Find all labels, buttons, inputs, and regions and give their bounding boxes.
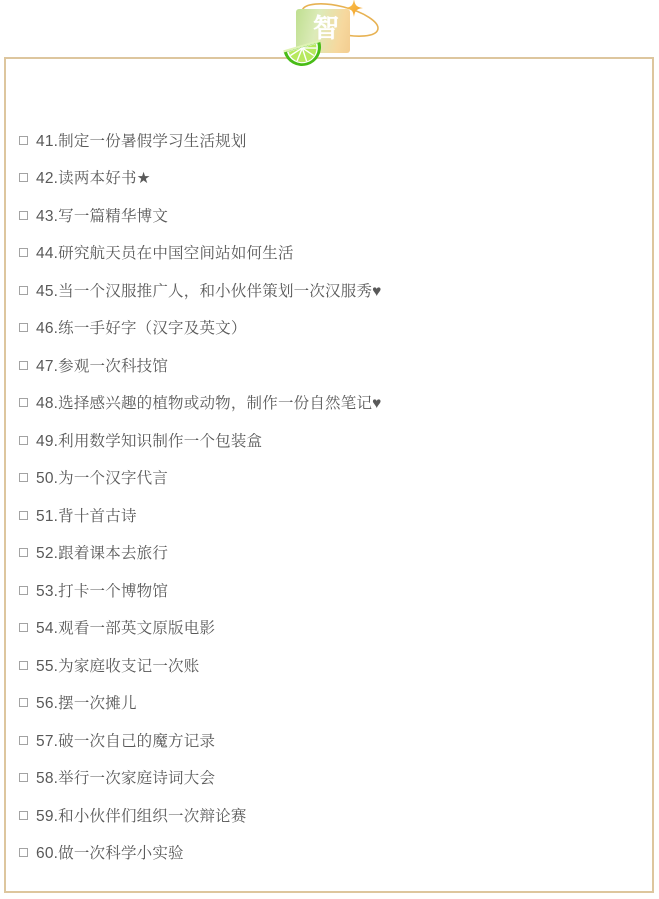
item-checkbox[interactable] [19,511,28,520]
item-checkbox[interactable] [19,661,28,670]
list-item: 41.制定一份暑假学习生活规划 [19,121,644,159]
item-label: 50.为一个汉字代言 [36,466,168,488]
list-item: 59.和小伙伴们组织一次辩论赛 [19,796,644,834]
item-checkbox[interactable] [19,361,28,370]
item-label: 51.背十首古诗 [36,504,137,526]
item-label: 44.研究航天员在中国空间站如何生活 [36,241,294,263]
badge-character: 智 [313,15,339,41]
list-item: 58.举行一次家庭诗词大会 [19,759,644,797]
item-label: 46.练一手好字（汉字及英文） [36,316,247,338]
item-checkbox[interactable] [19,173,28,182]
list-item: 46.练一手好字（汉字及英文） [19,309,644,347]
item-label: 59.和小伙伴们组织一次辩论赛 [36,804,247,826]
item-label: 52.跟着课本去旅行 [36,541,168,563]
list-item: 54.观看一部英文原版电影 [19,609,644,647]
item-label: 55.为家庭收支记一次账 [36,654,199,676]
page: 智 41.制定一份 [0,0,659,899]
list-item: 56.摆一次摊儿 [19,684,644,722]
item-checkbox[interactable] [19,548,28,557]
item-checkbox[interactable] [19,211,28,220]
item-checkbox[interactable] [19,248,28,257]
badge: 智 [296,9,350,53]
item-label: 43.写一篇精华博文 [36,204,168,226]
item-label: 54.观看一部英文原版电影 [36,616,215,638]
item-checkbox[interactable] [19,323,28,332]
list-item: 44.研究航天员在中国空间站如何生活 [19,234,644,272]
checklist: 41.制定一份暑假学习生活规划 42.读两本好书★ 43.写一篇精华博文 44.… [19,121,644,871]
list-item: 49.利用数学知识制作一个包装盒 [19,421,644,459]
item-label: 53.打卡一个博物馆 [36,579,168,601]
item-label: 56.摆一次摊儿 [36,691,137,713]
checklist-panel: 41.制定一份暑假学习生活规划 42.读两本好书★ 43.写一篇精华博文 44.… [4,57,654,893]
list-item: 51.背十首古诗 [19,496,644,534]
list-item: 43.写一篇精华博文 [19,196,644,234]
item-checkbox[interactable] [19,848,28,857]
item-checkbox[interactable] [19,773,28,782]
item-label: 57.破一次自己的魔方记录 [36,729,215,751]
list-item: 45.当一个汉服推广人，和小伙伴策划一次汉服秀♥ [19,271,644,309]
item-label: 60.做一次科学小实验 [36,841,184,863]
item-checkbox[interactable] [19,698,28,707]
list-item: 55.为家庭收支记一次账 [19,646,644,684]
item-label: 41.制定一份暑假学习生活规划 [36,129,247,151]
item-label: 47.参观一次科技馆 [36,354,168,376]
item-checkbox[interactable] [19,398,28,407]
item-checkbox[interactable] [19,586,28,595]
list-item: 57.破一次自己的魔方记录 [19,721,644,759]
list-item: 42.读两本好书★ [19,159,644,197]
list-item: 60.做一次科学小实验 [19,834,644,872]
item-label: 45.当一个汉服推广人，和小伙伴策划一次汉服秀♥ [36,279,382,301]
list-item: 50.为一个汉字代言 [19,459,644,497]
item-checkbox[interactable] [19,436,28,445]
list-item: 48.选择感兴趣的植物或动物，制作一份自然笔记♥ [19,384,644,422]
item-checkbox[interactable] [19,623,28,632]
item-label: 48.选择感兴趣的植物或动物，制作一份自然笔记♥ [36,391,382,413]
item-checkbox[interactable] [19,811,28,820]
list-item: 52.跟着课本去旅行 [19,534,644,572]
list-item: 47.参观一次科技馆 [19,346,644,384]
item-checkbox[interactable] [19,286,28,295]
list-item: 53.打卡一个博物馆 [19,571,644,609]
item-checkbox[interactable] [19,136,28,145]
item-checkbox[interactable] [19,736,28,745]
item-label: 49.利用数学知识制作一个包装盒 [36,429,262,451]
item-label: 58.举行一次家庭诗词大会 [36,766,215,788]
item-label: 42.读两本好书★ [36,166,151,188]
item-checkbox[interactable] [19,473,28,482]
